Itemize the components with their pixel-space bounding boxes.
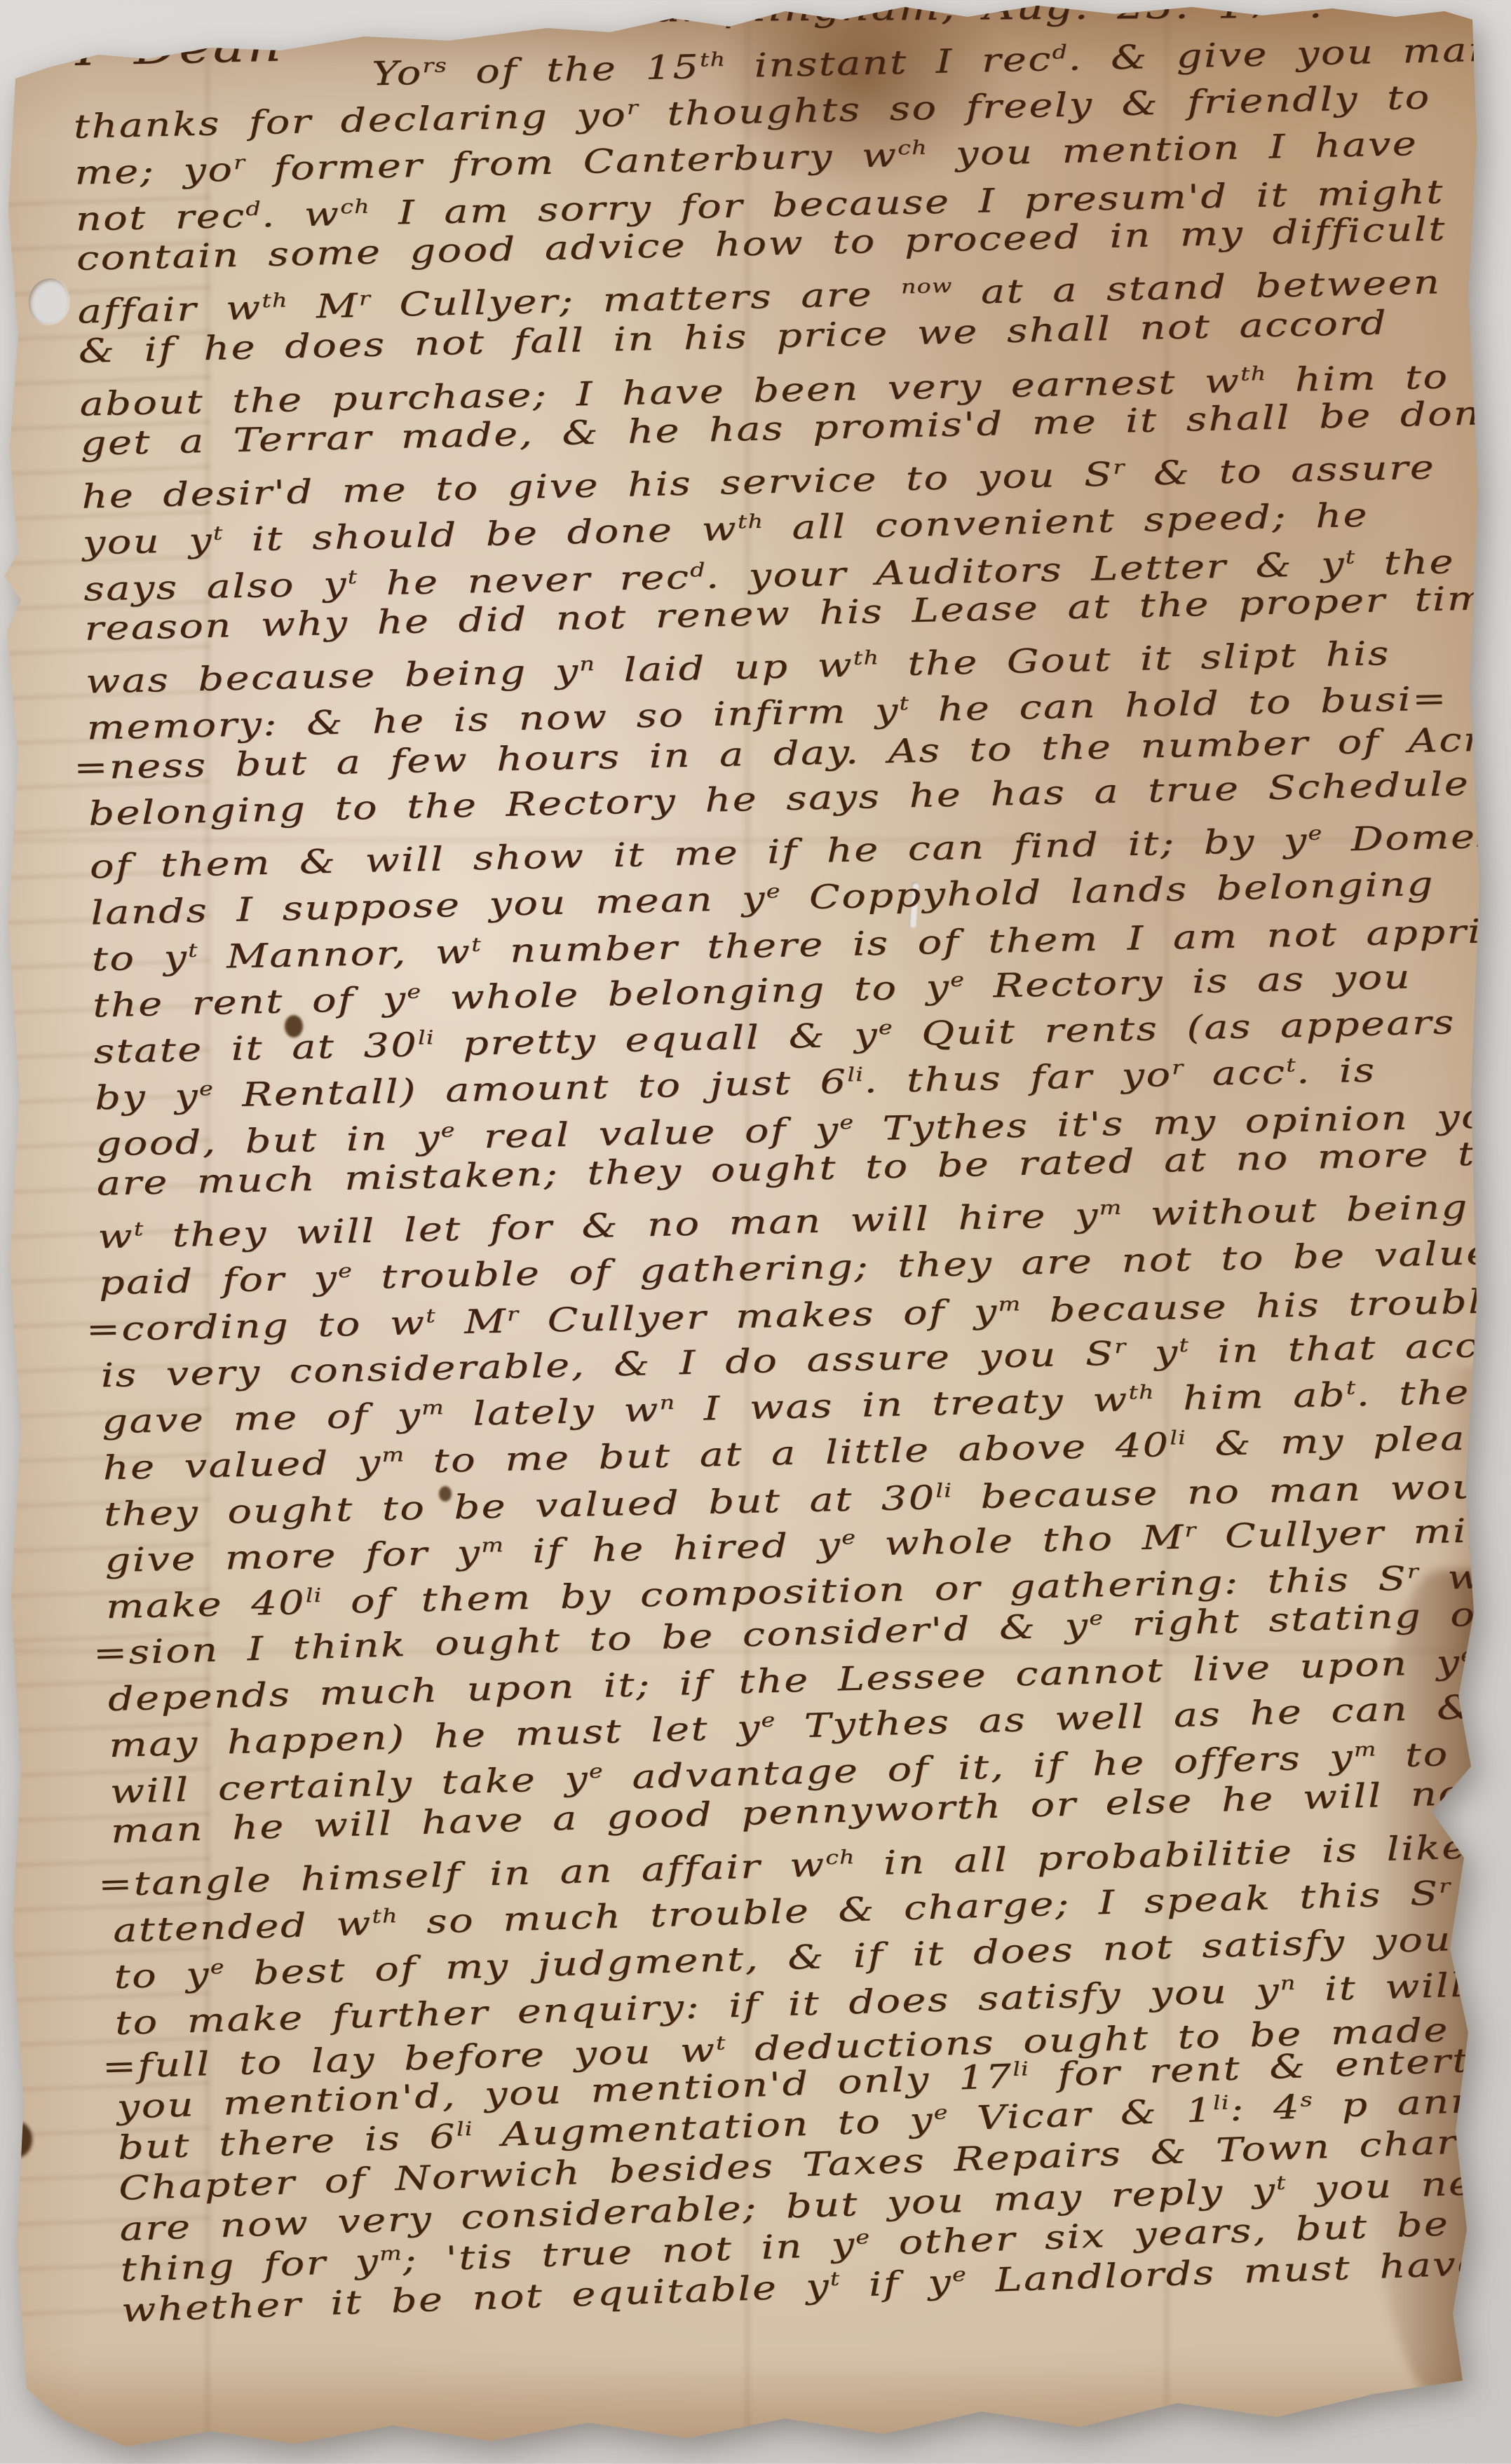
letter-body: Yors of the 15th instant I recd. & give … [72,6,1511,2325]
photo-background: { "page": { "background_color": "#d5d3d1… [0,0,1511,2463]
edge-stain-spot [1,2121,32,2158]
handwriting-layer: Wramplingham, Aug. 23. 1723. Mr Dean Yor… [0,0,1511,2463]
letter-paper-wrap: Wramplingham, Aug. 23. 1723. Mr Dean Yor… [0,0,1511,2463]
letter-paper: Wramplingham, Aug. 23. 1723. Mr Dean Yor… [0,0,1511,2463]
